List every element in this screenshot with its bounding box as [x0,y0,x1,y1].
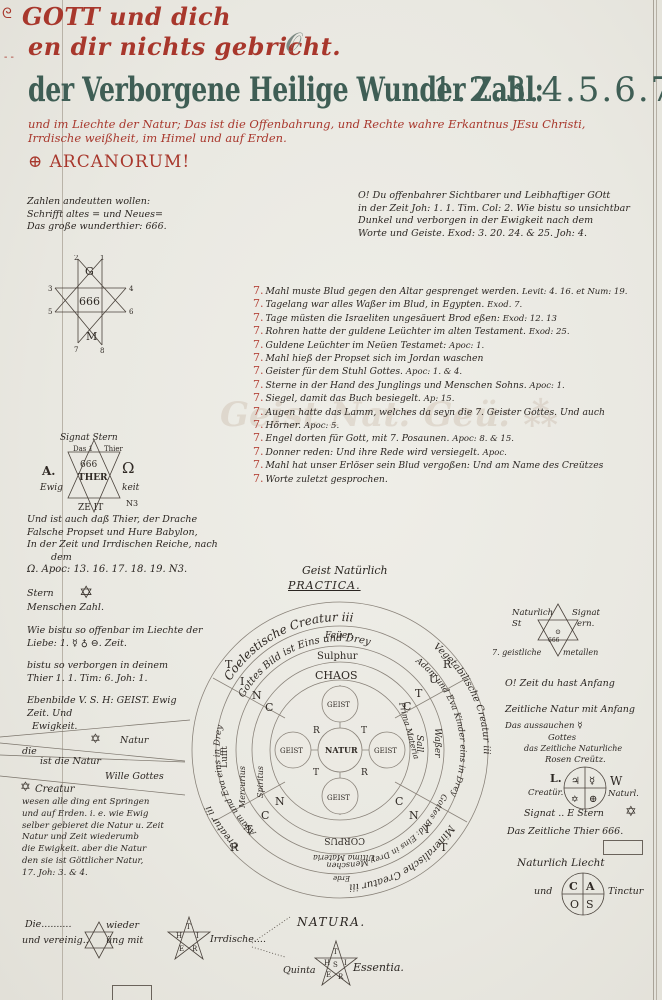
svg-text:⊙: ⊙ [555,628,561,636]
creatur-line: und auf Erden. i. e. wie Ewig [22,809,164,821]
ebenbild-line-1: Ebenbilde V. S. H: GEIST. Ewig [27,695,177,708]
list-item: 7.Augen hatte das Lamm, welches da seyn … [253,406,627,419]
list-item: 7.Engel dorten für Gott, mit 7. Posaunen… [253,432,627,445]
svg-text:Ewig: Ewig [39,483,63,493]
list-item: 7.Mahl muste Blud gegen den Altar gespre… [253,285,627,298]
svg-text:666: 666 [79,295,100,308]
die-label: die [22,746,37,759]
svg-text:Ultima Materia: Ultima Materia [313,853,375,862]
svg-text:T: T [245,823,253,836]
svg-text:GEIST: GEIST [374,747,397,755]
svg-text:2: 2 [74,255,78,262]
svg-text:R: R [338,973,344,981]
metallen-right-label: metallen [563,647,598,660]
svg-text:H: H [324,959,330,967]
list-item: 7.Hörner. Apoc: 5. [253,419,627,432]
svg-text:S: S [333,961,338,969]
svg-text:C: C [395,795,403,808]
creatur-line: die Ewigkeit. aber die Natur [22,844,164,856]
svg-text:R: R [230,841,239,854]
dragon-text-line: In der Zeit und Irrdischen Reiche, nach [27,539,218,552]
star-666-diagram: G 666 M 1 2 3 4 5 6 7 8 [40,255,140,355]
svg-text:G: G [85,265,94,278]
svg-text:I: I [196,932,199,940]
hexagram-icon: ✡ [79,583,93,603]
flourish-ornament: 𝒪 [285,28,301,59]
header-line-5: Irrdische weißheit, im Himel und auf Erd… [28,131,287,145]
svg-text:666: 666 [80,460,97,470]
verborgen-line-2: Thier 1. 1. Tim: 6. Joh: 1. [27,673,147,686]
und-label: und [534,886,552,899]
svg-text:A.: A. [41,464,56,478]
svg-text:4: 4 [129,285,134,293]
left-intro: Zahlen andeutten wollen: Schrifft altes … [27,196,167,234]
sevens-list: 7.Mahl muste Blud gegen den Altar gespre… [253,285,627,486]
wheel-title-1: Geist Natürlich [302,565,388,578]
svg-text:T: T [415,687,423,700]
hexagram-icon: ✡ [90,732,101,747]
svg-text:U: U [429,673,438,686]
svg-text:8: 8 [100,347,104,355]
pentagram-1: T H I E R [165,915,213,961]
svg-text:Feüer.: Feüer. [324,631,354,641]
svg-text:CHAOS: CHAOS [315,669,358,682]
svg-text:T: T [361,726,367,736]
ung-mit-label: üng mit [106,935,143,948]
svg-text:6: 6 [129,308,134,316]
svg-text:I: I [240,675,244,688]
left-intro-line: Das große wunderthier: 666. [27,221,167,234]
signat-star-diagram: Das 1 Thier 666 THER A. Ewig Ω keit ZE I… [38,440,148,520]
list-item: 7.Mahl hieß der Propset sich im Jordan w… [253,352,627,365]
ist-die-natur-label: ist die Natur [40,756,101,769]
svg-text:5: 5 [48,308,52,316]
svg-text:C: C [569,880,578,893]
svg-text:T: T [333,948,338,956]
svg-text:Ω: Ω [122,459,134,477]
dragon-text-line: dem [27,552,218,565]
svg-text:H: H [176,932,182,940]
svg-text:7: 7 [74,346,78,354]
svg-text:Spiritus: Spiritus [256,766,265,798]
svg-text:I: I [344,959,347,967]
margin-flourish: ᘓ [2,6,12,22]
svg-text:E: E [326,971,331,979]
naturlich-liecht-text: Naturlich Liecht [517,857,605,870]
list-item: 7.Worte zuletzt gesprochen. [253,473,627,486]
right-intro-line: Worte und Geiste. Exod: 3. 20. 24. & 25.… [358,228,630,241]
signat-stern-label: Signat .. E Stern [524,808,604,821]
svg-text:R: R [192,945,198,953]
arcanorum-heading: ⊕ ARCANORUM! [28,152,190,172]
list-item: 7.Sterne in der Hand des Junglings und M… [253,379,627,392]
svg-text:A: A [585,880,595,893]
svg-text:N3: N3 [126,499,138,508]
o-zeit-text: O! Zeit du hast Anfang [505,678,615,691]
dragon-citation: Ω. Apoc: 13. 16. 17. 18. 19. N3. [27,564,218,577]
svg-text:C: C [265,701,273,714]
ern-label: ern. [577,618,594,631]
wille-gottes-label: Wille Gottes [105,771,164,784]
creatur-line: selber gebieret die Natur u. Zeit [22,821,164,833]
naturl-label: Naturl. [608,788,639,801]
svg-text:Das 1: Das 1 [73,445,93,453]
list-item: 7.Geister für dem Stuhl Gottes. Apoc: 1.… [253,365,627,378]
w-label: W [610,774,622,788]
creatur-label: Creatur [35,784,75,797]
list-item: 7.Tagelang war alles Waßer im Blud, in E… [253,298,627,311]
svg-text:keit: keit [122,483,140,493]
wheel-title-2: PRACTICA. [288,580,361,593]
hexagram-icon: ✡ [20,780,31,795]
dragon-text-line: Falsche Propset und Hure Babylon, [27,527,218,540]
rosen-creutz-circle: ♃ ☿ ✡ ⊕ [562,765,608,811]
margin-rule-right [653,0,654,1000]
creatur-right-label: Creatür. [528,787,563,800]
list-item: 7.Mahl hat unser Erlöser sein Blud vergo… [253,459,627,472]
svg-text:1: 1 [100,255,104,262]
svg-text:Lufft: Lufft [220,746,230,768]
svg-text:E: E [179,945,184,953]
svg-text:I: I [425,823,429,836]
zeitliche-thier-text: Das Zeitliche Thier 666. [507,826,623,839]
offenbar-line-2: Liebe: 1. ☿ ♁ ⊖. Zeit. [27,638,127,651]
dragon-text: Und ist auch daß Thier, der Drache Falsc… [27,514,218,577]
svg-text:CORPUS: CORPUS [324,835,365,845]
quinta-label: Quinta [283,965,316,978]
svg-text:✡: ✡ [571,795,579,805]
svg-text:S: S [586,898,594,911]
das-aussauchen-text: Das aussauchen ☿ [505,720,582,733]
right-intro-line: Dunkel und verborgen in der Ewigkeit nac… [358,215,630,228]
natura-label: NATURA. [297,916,366,929]
svg-text:M: M [86,330,97,343]
creatur-line: Natur und Zeit wiederumb [22,832,164,844]
natur-label: Natur [120,735,148,748]
svg-text:3: 3 [48,285,52,293]
zeitliche-natur-text: Zeitliche Natur mit Anfang [505,704,635,717]
svg-text:THER: THER [78,473,108,483]
metallen-left-label: 7. geistliche [492,647,541,660]
svg-text:O: O [570,898,579,911]
wieder-label: wieder [106,920,139,933]
stern-label: Stern [27,588,54,601]
svg-text:GEIST: GEIST [327,794,350,802]
right-intro-line: in der Zeit Joh: 1. 1. Tim. Col: 2. Wie … [358,203,630,216]
svg-text:666: 666 [548,637,560,644]
die-dotted-label: Die.......... [25,919,71,932]
svg-text:Thier: Thier [104,445,124,453]
svg-text:R: R [361,768,368,778]
header-line-4: und im Liechte der Natur; Das ist die Of… [28,117,585,131]
natur-wheel-diagram: Coelestische Creatur iii Gottes Bild ist… [185,593,495,903]
svg-text:GEIST: GEIST [327,701,350,709]
svg-text:C: C [403,700,411,713]
svg-text:R: R [443,658,452,671]
svg-text:Waßer: Waßer [432,728,442,758]
list-item: 7.Siegel, damit das Buch besiegelt. Ap: … [253,392,627,405]
list-item: 7.Donner reden: Und ihre Rede wird versi… [253,446,627,459]
svg-text:T: T [313,768,319,778]
svg-text:C: C [261,809,269,822]
crossed-box [112,985,152,1000]
wonder-numbers: 1.2.3.4.5.6.7. [432,70,662,110]
svg-text:Mercurius: Mercurius [238,766,247,809]
offenbar-line-1: Wie bistu so offenbar im Liechte der [27,625,203,638]
hexagram-icon: ✡ [625,804,637,820]
left-intro-line: Schrifft altes = und Neues= [27,209,167,222]
svg-text:T: T [225,658,233,671]
svg-text:N: N [252,689,262,702]
list-item: 7.Tage müsten die Israeliten ungesäuert … [253,312,627,325]
creatur-text: wesen alle ding ent Springen und auf Erd… [22,797,164,880]
svg-text:⊕: ⊕ [589,794,597,805]
svg-text:T: T [186,923,191,931]
tinctur-label: Tinctur [608,886,643,899]
st-label: St [512,618,521,631]
caos-circle: C A O S [560,871,606,917]
header-line-1: GOTT und dich [22,2,231,31]
verborgen-line-1: bistu so verborgen in deinem [27,660,168,673]
menschen-zahl-label: Menschen Zahl. [27,602,104,615]
creatur-line: den sie ist Göttlicher Natur, [22,856,164,868]
list-item: 7.Guldene Leüchter im Neüen Testamet: Ap… [253,339,627,352]
right-intro: O! Du offenbahrer Sichtbarer und Leibhaf… [358,190,630,240]
dragon-text-line: Und ist auch daß Thier, der Drache [27,514,218,527]
right-intro-line: O! Du offenbahrer Sichtbarer und Leibhaf… [358,190,630,203]
svg-text:☿: ☿ [589,776,595,787]
margin-dash: - - [4,52,14,63]
creatur-line: 17. Joh: 3. & 4. [22,868,164,880]
list-item: 7.Rohren hatte der guldene Leüchter im a… [253,325,627,338]
svg-text:NATUR: NATUR [325,745,358,755]
svg-text:R: R [313,726,320,736]
svg-text:T: T [440,841,448,854]
manuscript-page: Geist Nat: Geü: ⁂ ᘓ - - GOTT und dich en… [0,0,662,1000]
svg-text:ZE IT: ZE IT [78,503,103,513]
crossed-box [603,840,643,855]
svg-text:GEIST: GEIST [280,747,303,755]
creatur-line: wesen alle ding ent Springen [22,797,164,809]
svg-text:N: N [409,809,419,822]
essentia-label: Essentia. [353,962,404,975]
svg-text:N: N [275,795,285,808]
svg-text:Sulphur: Sulphur [317,651,358,662]
margin-rule-right-2 [656,0,657,1000]
svg-text:♃: ♃ [571,776,580,787]
left-intro-line: Zahlen andeutten wollen: [27,196,167,209]
l-label: L. [550,772,562,785]
und-vereinig-label: und vereinig.. [22,935,89,948]
svg-text:Erde: Erde [333,874,351,882]
